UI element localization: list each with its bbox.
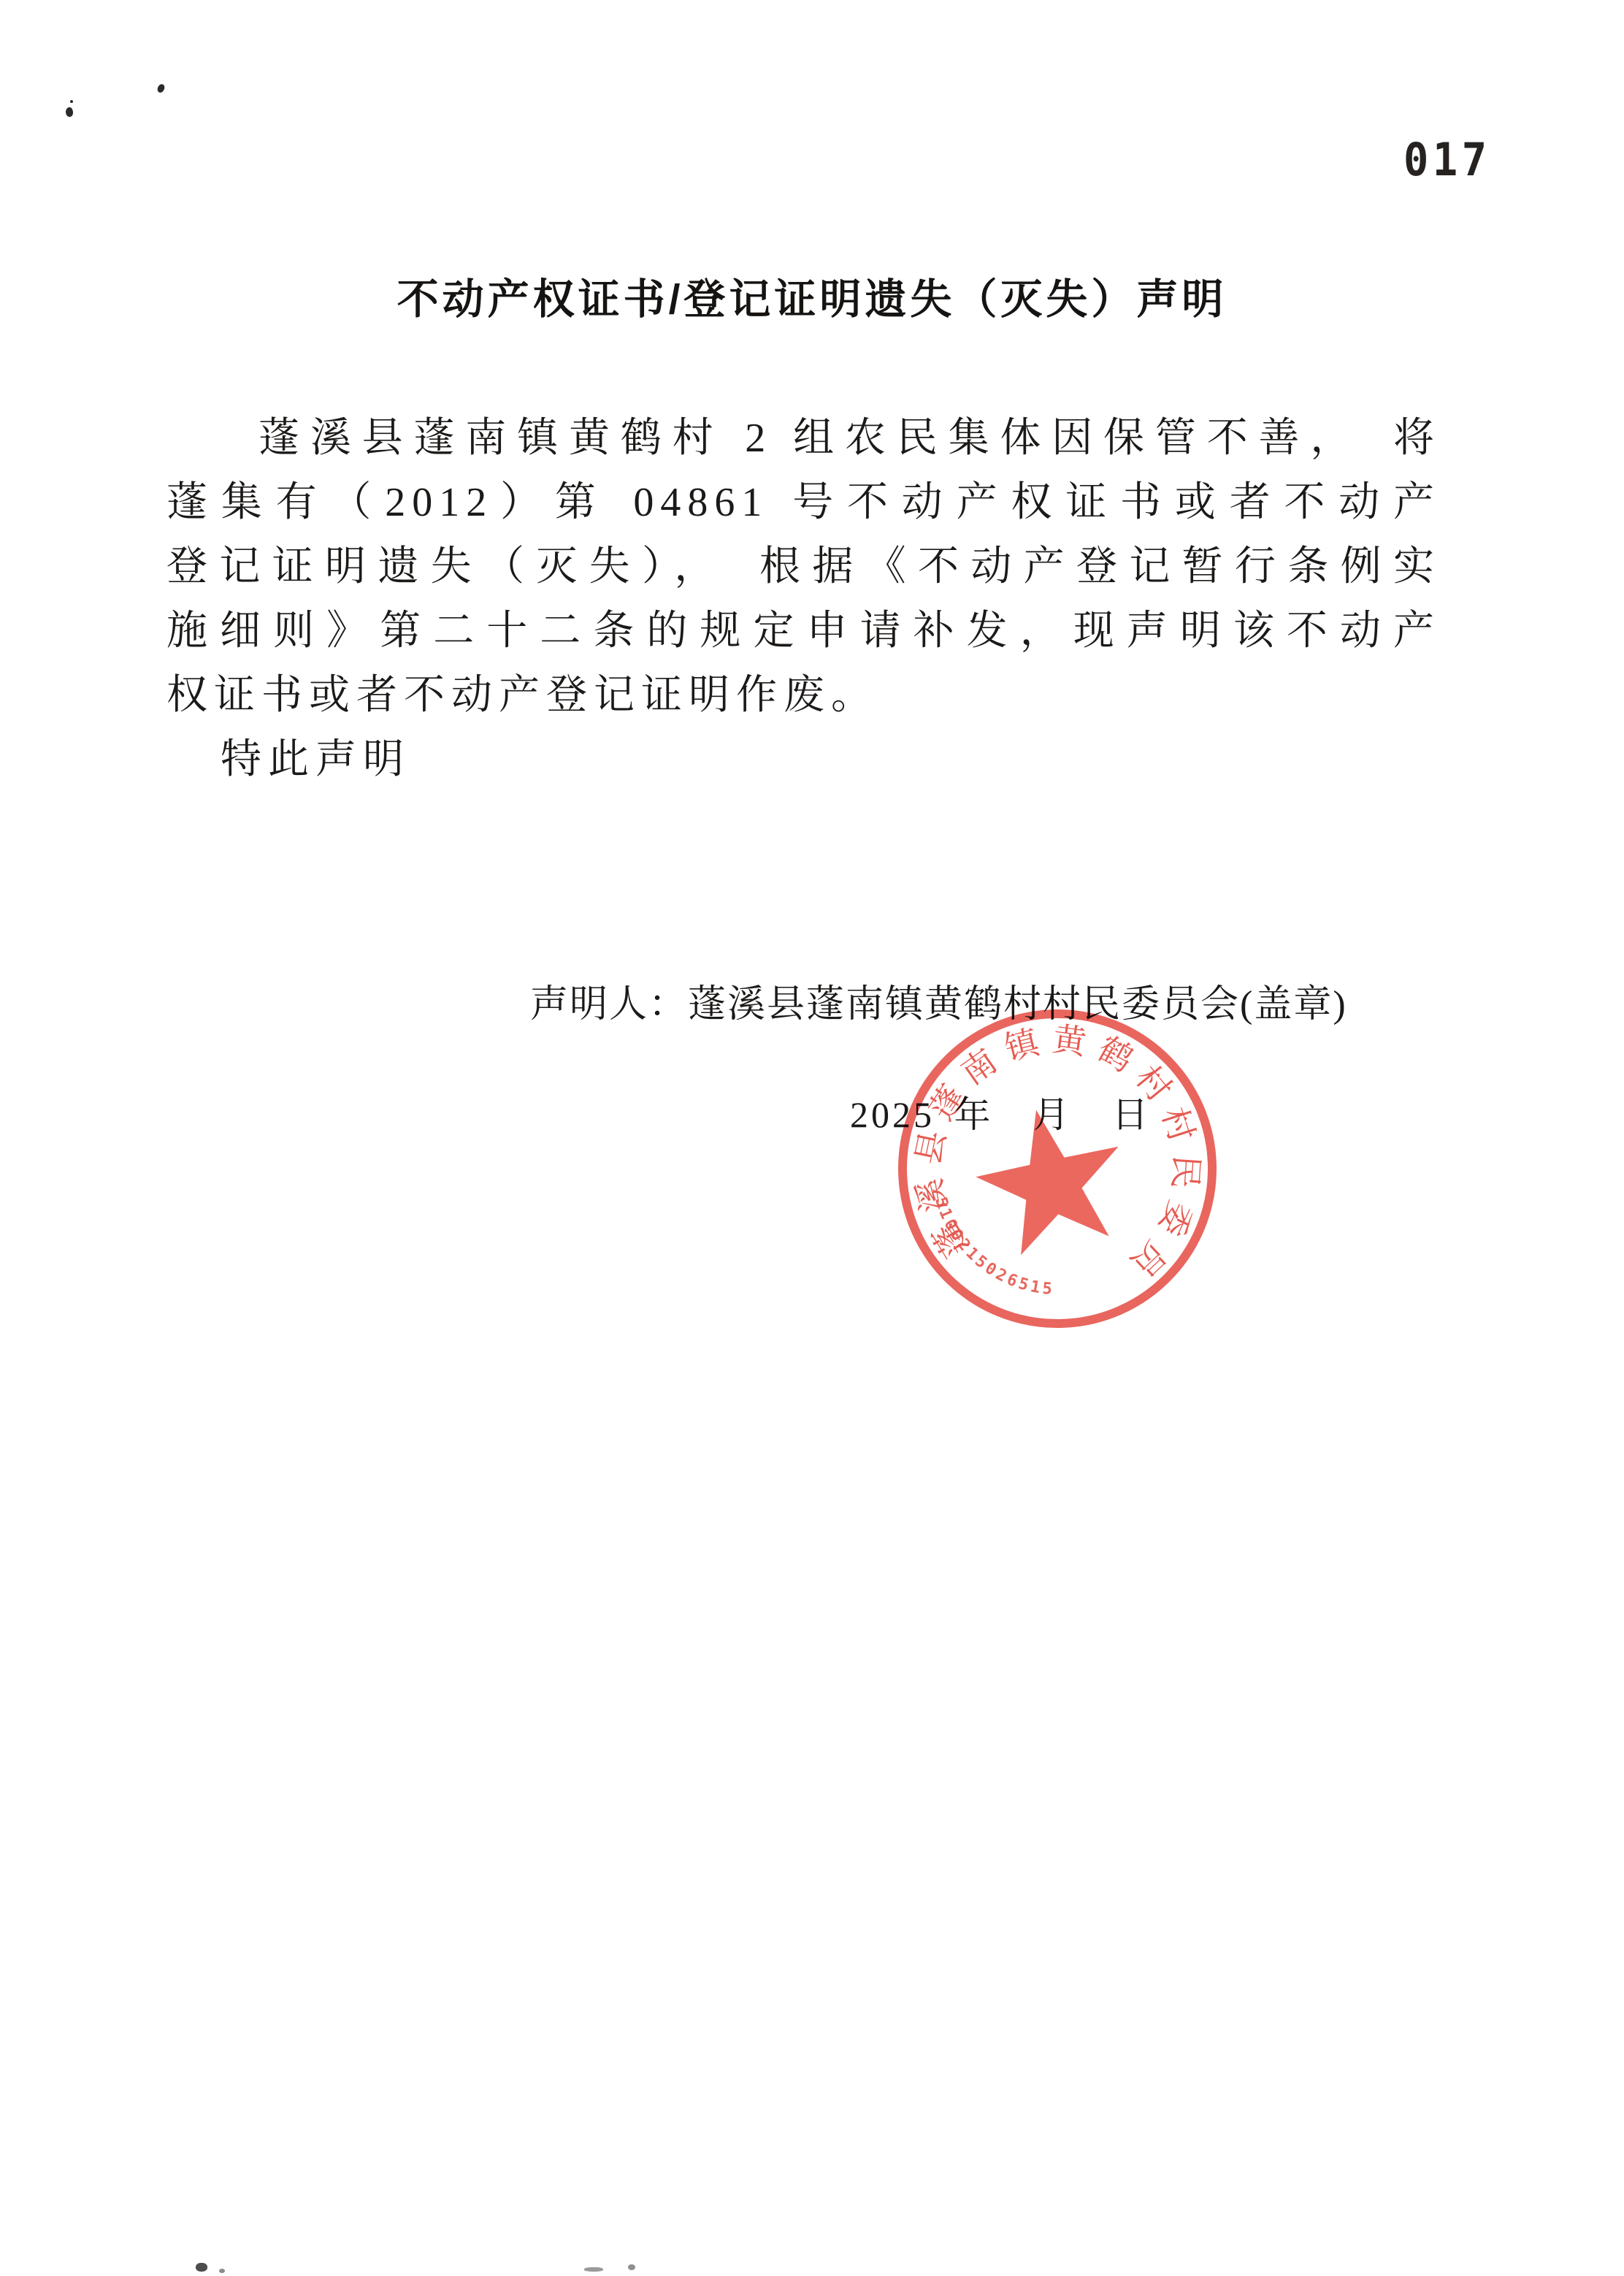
ink-speck <box>584 2267 603 2272</box>
document-title: 不动产权证书/登记证明遗失（灭失）声明 <box>0 266 1624 326</box>
village-committee-seal: 蓬溪县蓬南镇黄鹤村村民委员会 5100215026515 <box>886 998 1227 1339</box>
seal-star-icon <box>973 1107 1122 1257</box>
ink-speck <box>70 100 73 103</box>
body-line-4: 施细则》第二十二条的规定申请补发，现声明该不动产 <box>166 599 1441 663</box>
declaration-body: 蓬溪县蓬南镇黄鹤村 2 组农民集体因保管不善， 将 蓬集有（2012）第 048… <box>166 406 1441 792</box>
page-number: 017 <box>1403 133 1491 186</box>
ink-speck <box>196 2263 207 2272</box>
ink-speck <box>156 83 166 94</box>
body-line-1: 蓬溪县蓬南镇黄鹤村 2 组农民集体因保管不善， 将 <box>166 406 1441 470</box>
body-line-2: 蓬集有（2012）第 04861 号不动产权证书或者不动产 <box>166 470 1441 535</box>
ink-speck <box>64 107 74 118</box>
body-line-5: 权证书或者不动产登记证明作废。 <box>166 663 1441 728</box>
ink-speck <box>628 2264 635 2270</box>
ink-speck <box>219 2269 225 2273</box>
hereby-declare-line: 特此声明 <box>166 728 1441 792</box>
body-line-3: 登记证明遗失（灭失）， 根据《不动产登记暂行条例实 <box>166 535 1441 599</box>
scanned-declaration-page: 017 不动产权证书/登记证明遗失（灭失）声明 蓬溪县蓬南镇黄鹤村 2 组农民集… <box>0 0 1624 2276</box>
